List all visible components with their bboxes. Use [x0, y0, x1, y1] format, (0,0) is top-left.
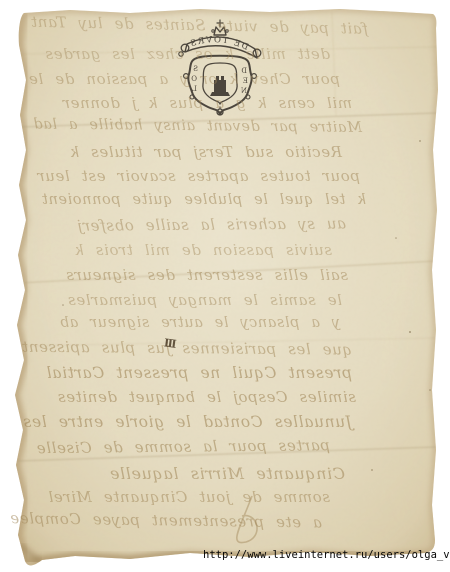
- paper-sheet: DE TOVRS D E N S O L: [0, 0, 450, 572]
- watermark-url: http://www.liveinternet.ru/users/olga_v/: [203, 549, 450, 561]
- notary-ink-mark: III: [163, 336, 175, 350]
- scanned-manuscript-page: DE TOVRS D E N S O L: [0, 0, 450, 572]
